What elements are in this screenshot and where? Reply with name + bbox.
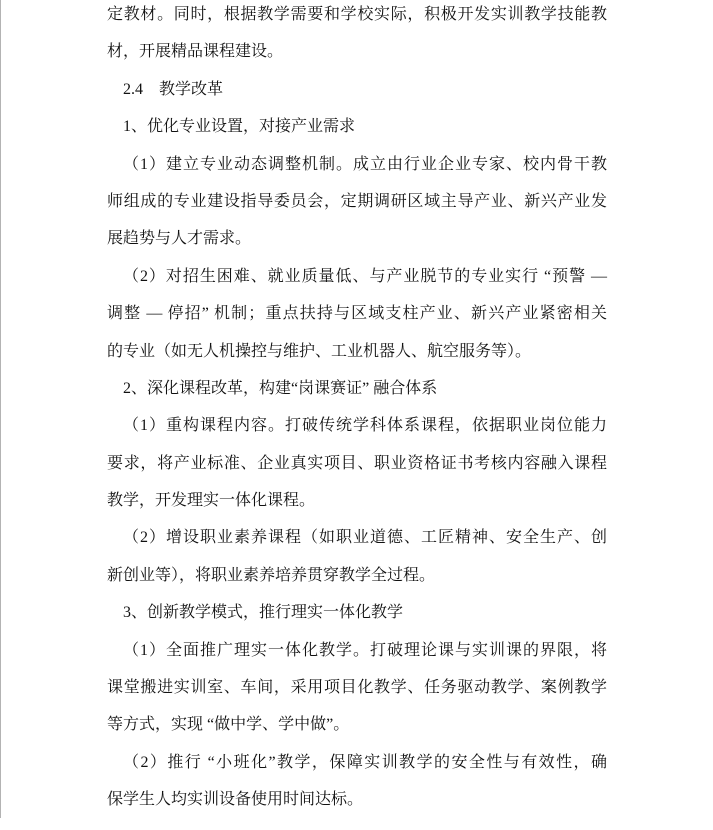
text-line: 1、优化专业设置，对接产业需求 — [107, 108, 607, 145]
text-line: 新创业等），将职业素养培养贯穿教学全过程。 — [107, 557, 607, 594]
document-content: 定教材。同时，根据教学需要和学校实际，积极开发实训教学技能教材，开展精品课程建设… — [107, 0, 607, 819]
text-line: 调整 — 停招” 机制；重点扶持与区域支柱产业、新兴产业紧密相关 — [107, 295, 607, 332]
text-line: 展趋势与人才需求。 — [107, 220, 607, 257]
text-line: （1）重构课程内容。打破传统学科体系课程，依据职业岗位能力 — [107, 407, 607, 444]
text-line: 2.4 教学改革 — [107, 71, 607, 108]
text-line: （2）推行 “小班化”教学，保障实训教学的安全性与有效性，确 — [107, 744, 607, 781]
text-line: （1）建立专业动态调整机制。成立由行业企业专家、校内骨干教 — [107, 146, 607, 183]
screenshot-root: { "colors": { "background": "#ffffff", "… — [0, 0, 713, 830]
document-page: 定教材。同时，根据教学需要和学校实际，积极开发实训教学技能教材，开展精品课程建设… — [0, 0, 713, 830]
text-line: 3、创新教学模式，推行理实一体化教学 — [107, 594, 607, 631]
text-line: （2）对招生困难、就业质量低、与产业脱节的专业实行 “预警 — — [107, 258, 607, 295]
text-line: 材，开展精品课程建设。 — [107, 33, 607, 70]
text-line: 教学，开发理实一体化课程。 — [107, 482, 607, 519]
text-line: 2、深化课程改革，构建“岗课赛证” 融合体系 — [107, 370, 607, 407]
text-line: 等方式，实现 “做中学、学中做”。 — [107, 706, 607, 743]
text-line: 师组成的专业建设指导委员会，定期调研区域主导产业、新兴产业发 — [107, 183, 607, 220]
text-line: （1）全面推广理实一体化教学。打破理论课与实训课的界限，将 — [107, 632, 607, 669]
text-line: 要求，将产业标准、企业真实项目、职业资格证书考核内容融入课程 — [107, 445, 607, 482]
text-line: 课堂搬进实训室、车间，采用项目化教学、任务驱动教学、案例教学 — [107, 669, 607, 706]
text-line: 的专业（如无人机操控与维护、工业机器人、航空服务等）。 — [107, 333, 607, 370]
text-line: （2）增设职业素养课程（如职业道德、工匠精神、安全生产、创 — [107, 519, 607, 556]
text-line: 保学生人均实训设备使用时间达标。 — [107, 781, 607, 818]
page-left-edge-line — [0, 0, 1, 818]
text-line: 定教材。同时，根据教学需要和学校实际，积极开发实训教学技能教 — [107, 0, 607, 33]
